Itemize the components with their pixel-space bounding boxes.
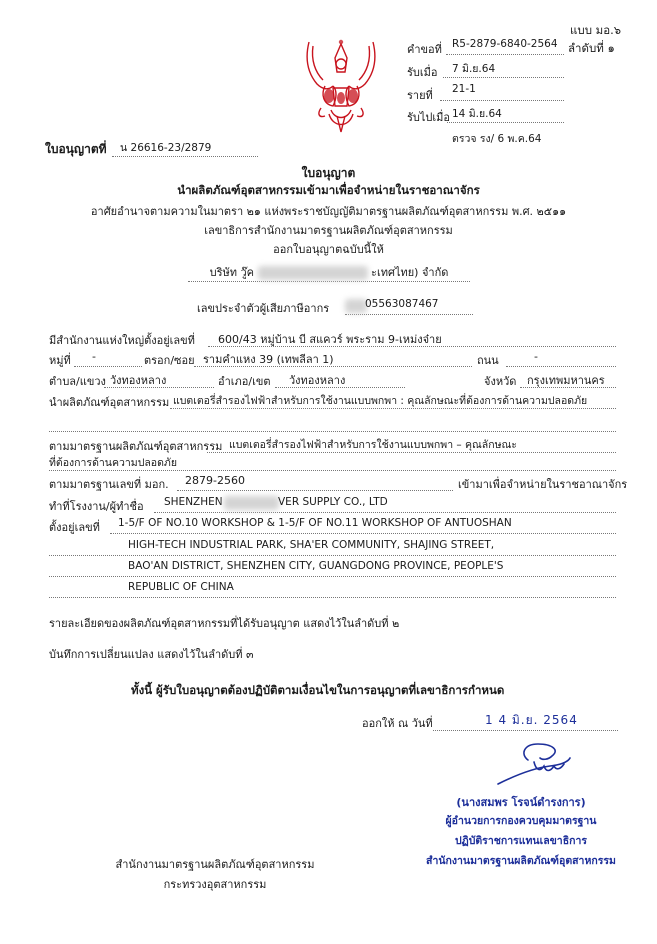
factory-address-line3: BAO'AN DISTRICT, SHENZHEN CITY, GUANGDON… — [49, 561, 616, 577]
factory-address-text: REPUBLIC OF CHINA — [128, 581, 234, 593]
standard-label: ตามมาตรฐานผลิตภัณฑ์อุตสาหกรรม — [49, 437, 222, 455]
factory-field: SHENZHEN VER SUPPLY CO., LTD — [154, 497, 616, 513]
import-text: เข้ามาเพื่อจำหน่ายในราชอาณาจักร — [458, 475, 627, 493]
tax-id-label: เลขประจำตัวผู้เสียภาษีอากร — [197, 299, 329, 317]
item-label: รายที่ — [407, 86, 433, 104]
hq-label: มีสำนักงานแห่งใหญ่ตั้งอยู่เลขที่ — [49, 331, 195, 349]
company-name-field: บริษัท วู๊ค ะเทศไทย) จำกัด — [188, 263, 470, 282]
district-label: อำเภอ/เขต — [218, 372, 271, 390]
garuda-emblem — [303, 28, 379, 136]
signatory-name: (นางสมพร โรจน์ดำรงการ) — [416, 793, 626, 811]
province-label: จังหวัด — [484, 372, 516, 390]
secretary-general-text: เลขาธิการสำนักงานมาตรฐานผลิตภัณฑ์อุตสาหก… — [0, 221, 657, 239]
moo-value: - — [92, 350, 96, 363]
factory-name-suffix: VER SUPPLY CO., LTD — [278, 496, 388, 508]
collected-field: 14 มิ.ย.64 — [447, 108, 564, 123]
standard-value-line1: แบตเตอรี่สำรองไฟฟ้าสำหรับการใช้งานแบบพกพ… — [229, 436, 517, 453]
received-field: 7 มิ.ย.64 — [443, 63, 564, 78]
issue-to-text: ออกใบอนุญาตฉบับนี้ให้ — [0, 240, 657, 258]
factory-address-line2: HIGH-TECH INDUSTRIAL PARK, SHA'ER COMMUN… — [49, 540, 616, 556]
standard-value-line2: ที่ต้องการด้านความปลอดภัย — [49, 454, 177, 471]
signatory-title-1: ผู้อำนวยการกองควบคุมมาตรฐาน — [416, 812, 626, 829]
redacted-company-name — [258, 266, 368, 280]
license-no-value: น 26616-23/2879 — [120, 139, 211, 156]
request-no-value: R5-2879-6840-2564 — [452, 38, 558, 50]
sequence-label: ลำดับที่ ๑ — [568, 40, 615, 58]
located-label: ตั้งอยู่เลขที่ — [49, 518, 100, 536]
subdistrict-value: วังทองหลาง — [110, 371, 166, 389]
hq-value: 600/43 หมู่บ้าน บี สแควร์ พระราม 9-เหม่ง… — [218, 330, 442, 348]
footer-ministry: กระทรวงอุตสาหกรรม — [100, 875, 330, 893]
item-value: 21-1 — [452, 83, 476, 95]
province-field: กรุงเทพมหานคร — [520, 372, 616, 388]
road-label: ถนน — [477, 351, 499, 369]
company-name-suffix: ะเทศไทย) จำกัด — [371, 266, 448, 279]
license-condition: ทั้งนี้ ผู้รับใบอนุญาตต้องปฏิบัติตามเงื่… — [131, 682, 504, 700]
tis-label: ตามมาตรฐานเลขที่ มอก. — [49, 475, 169, 493]
road-field: - — [506, 351, 616, 367]
standard-field-continued: ที่ต้องการด้านความปลอดภัย — [49, 455, 616, 471]
soi-label: ตรอก/ซอย — [144, 351, 195, 369]
authority-text: อาศัยอำนาจตามความในมาตรา ๒๑ แห่งพระราชบั… — [0, 202, 657, 220]
product-label: นำผลิตภัณฑ์อุตสาหกรรม — [49, 393, 169, 411]
item-field: 21-1 — [440, 86, 564, 101]
details-note: รายละเอียดของผลิตภัณฑ์อุตสาหกรรมที่ได้รั… — [49, 614, 399, 632]
request-no-label: คำขอที่ — [407, 40, 442, 58]
issued-label: ออกให้ ณ วันที่ — [362, 714, 433, 732]
moo-label: หมู่ที่ — [49, 351, 71, 369]
factory-label: ทำที่โรงงาน/ผู้ทำชื่อ — [49, 497, 144, 515]
issued-date-stamp: 1 4 มิ.ย. 2564 — [485, 711, 578, 730]
collected-label: รับไปเมื่อ — [407, 108, 450, 126]
soi-value: รามคำแหง 39 (เทพลีลา 1) — [203, 350, 334, 368]
subdistrict-field: วังทองหลาง — [104, 372, 214, 388]
received-label: รับเมื่อ — [407, 63, 438, 81]
factory-address-text: HIGH-TECH INDUSTRIAL PARK, SHA'ER COMMUN… — [128, 539, 494, 551]
received-value: 7 มิ.ย.64 — [452, 60, 495, 77]
tis-value: 2879-2560 — [185, 474, 245, 487]
redacted-tax-id-prefix — [345, 299, 367, 313]
product-field: แบตเตอรี่สำรองไฟฟ้าสำหรับการใช้งานแบบพกพ… — [170, 393, 616, 409]
standard-field: แบตเตอรี่สำรองไฟฟ้าสำหรับการใช้งานแบบพกพ… — [207, 437, 616, 453]
soi-field: รามคำแหง 39 (เทพลีลา 1) — [194, 351, 472, 367]
tis-field: 2879-2560 — [177, 475, 453, 491]
product-value: แบตเตอรี่สำรองไฟฟ้าสำหรับการใช้งานแบบพกพ… — [173, 392, 587, 409]
form-code: แบบ มอ.๖ — [570, 22, 621, 40]
tax-id-value: 05563087467 — [365, 298, 439, 310]
factory-address-line1: 1-5/F OF NO.10 WORKSHOP & 1-5/F OF NO.11… — [110, 518, 616, 534]
tax-id-field: 05563087467 — [345, 299, 473, 315]
product-field-continued — [49, 416, 616, 432]
request-no-field: R5-2879-6840-2564 — [446, 40, 564, 55]
factory-address-line4: REPUBLIC OF CHINA — [49, 582, 616, 598]
signatory-title-2: ปฏิบัติราชการแทนเลขาธิการ — [416, 832, 626, 849]
license-no-field: น 26616-23/2879 — [112, 140, 258, 157]
footer-office: สำนักงานมาตรฐานผลิตภัณฑ์อุตสาหกรรม — [100, 855, 330, 873]
doc-subtitle: นำผลิตภัณฑ์อุตสาหกรรมเข้ามาเพื่อจำหน่ายใ… — [0, 182, 657, 200]
issued-date-field: 1 4 มิ.ย. 2564 — [433, 714, 618, 731]
province-value: กรุงเทพมหานคร — [527, 371, 605, 389]
factory-address-text: 1-5/F OF NO.10 WORKSHOP & 1-5/F OF NO.11… — [118, 517, 512, 529]
hq-field: 600/43 หมู่บ้าน บี สแควร์ พระราม 9-เหม่ง… — [208, 331, 616, 347]
factory-address-text: BAO'AN DISTRICT, SHENZHEN CITY, GUANGDON… — [128, 560, 503, 572]
license-no-label: ใบอนุญาตที่ — [45, 140, 107, 159]
subdistrict-label: ตำบล/แขวง — [49, 372, 106, 390]
district-field: วังทองหลาง — [275, 372, 405, 388]
changes-note: บันทึกการเปลี่ยนแปลง แสดงไว้ในลำดับที่ ๓ — [49, 645, 254, 663]
district-value: วังทองหลาง — [289, 371, 345, 389]
check-note: ตรวจ รง/ 6 พ.ค.64 — [452, 130, 542, 147]
road-value: - — [534, 350, 538, 363]
collected-value: 14 มิ.ย.64 — [452, 105, 502, 122]
moo-field: - — [74, 351, 142, 367]
signatory-title-3: สำนักงานมาตรฐานผลิตภัณฑ์อุตสาหกรรม — [416, 852, 626, 869]
factory-name-prefix: SHENZHEN — [164, 496, 223, 508]
signature-mark — [490, 740, 580, 788]
company-name-prefix: บริษัท วู๊ค — [210, 266, 254, 279]
doc-title: ใบอนุญาต — [0, 164, 657, 183]
redacted-factory-name — [224, 496, 279, 510]
